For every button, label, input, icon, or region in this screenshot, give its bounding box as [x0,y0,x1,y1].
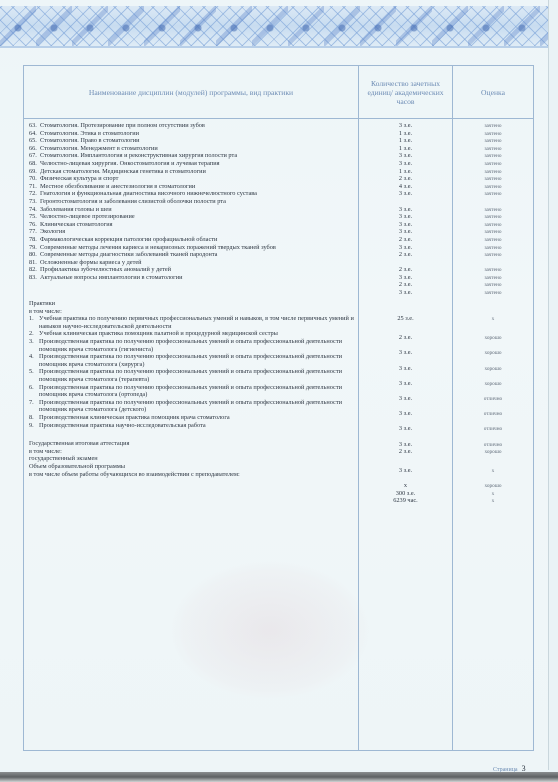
list-item: в том числе: [29,308,354,316]
grade-value: зачтено [484,138,501,144]
item-name: Клиническая стоматология [40,221,354,229]
grade-value: зачтено [484,237,501,243]
item-number: 64. [29,130,40,138]
credits-value: 3 з.е. [399,160,412,167]
item-name: Профилактика зубочелюстных аномалий у де… [40,266,354,274]
item-name: Производственная практика по получению п… [39,384,354,399]
grade-value: х [492,498,495,504]
grade-value: отлично [484,426,502,432]
item-number: 79. [29,244,40,252]
list-item: в том числе: [29,448,354,456]
decorative-guilloche-border [0,6,548,48]
credits-value: 3 з.е. [399,289,412,296]
item-name: Учебная клиническая практика помощник па… [39,330,354,338]
credits-value: 2 з.е. [399,236,412,243]
credits-value: 3 з.е. [399,221,412,228]
credits-value: 2 з.е. [399,281,412,288]
grade-value: отлично [484,396,502,402]
credits-value: 300 з.е. [396,490,415,497]
grade-value: зачтено [484,282,501,288]
list-item: 4.Производственная практика по получению… [29,353,354,368]
item-name: Государственная итоговая аттестация [29,440,354,448]
item-name: Местное обезболивание и анестезиология в… [40,183,354,191]
list-item: 77.Экология [29,228,354,236]
credits-value: 3 з.е. [399,206,412,213]
list-item: 64.Стоматология. Этика в стоматологии [29,130,354,138]
item-number: 9. [29,422,39,430]
item-number: 66. [29,145,40,153]
grade-value: х [492,468,495,474]
grade-value: зачтено [484,245,501,251]
grade-value: зачтено [484,191,501,197]
item-name: Учебная практика по получению первичных … [39,315,354,330]
scan-edge-shadow [0,772,558,782]
item-number: 77. [29,228,40,236]
grade-value: хорошо [484,350,501,356]
credits-value: 3 з.е. [399,441,412,448]
credits-value: 3 з.е. [399,425,412,432]
list-item: 80.Современные методы диагностики заболе… [29,251,354,259]
grade-value: хорошо [484,449,501,455]
credits-value: 6239 час. [393,497,418,504]
item-name: в том числе: [29,448,354,456]
header-discipline-name: Наименование дисциплин (модулей) програм… [24,66,359,119]
list-item: 7.Производственная практика по получению… [29,399,354,414]
grades-column: зачтенозачтенозачтенозачтенозачтенозачте… [453,119,534,751]
item-name: Стоматология. Менеджмент в стоматологии [40,145,354,153]
list-item: 6.Производственная практика по получению… [29,384,354,399]
item-number: 1. [29,315,39,330]
item-number: 72. [29,190,40,198]
table-body-row: 63.Стоматология. Протезирование при полн… [24,119,534,751]
item-number: 76. [29,221,40,229]
grade-value: зачтено [484,184,501,190]
item-number: 3. [29,338,39,353]
item-number: 80. [29,251,40,259]
item-name: Практики [29,300,354,308]
list-item: 79.Современные методы лечения кариеса и … [29,244,354,252]
item-number: 74. [29,206,40,214]
credits-value: 3 з.е. [399,190,412,197]
item-number: 2. [29,330,39,338]
list-item: 8.Производственная клиническая практика … [29,414,354,422]
list-item: 72.Гнатология и функциональная диагности… [29,190,354,198]
list-item: в том числе объем работы обучающихся во … [29,471,354,479]
credits-value: 3 з.е. [399,467,412,474]
item-number: 82. [29,266,40,274]
diploma-supplement-page: Наименование дисциплин (модулей) програм… [0,0,549,770]
item-name: Современные методы лечения кариеса и нек… [40,244,354,252]
item-name: в том числе объем работы обучающихся во … [29,471,354,479]
header-credits: Количество зачетных единиц/ академически… [359,66,453,119]
item-name: в том числе: [29,308,354,316]
grade-value: х [492,316,495,322]
item-name: Производственная практика по получению п… [39,399,354,414]
item-number: 71. [29,183,40,191]
list-item: 5.Производственная практика по получению… [29,368,354,383]
list-item: 83.Актуальные вопросы имплантологии в ст… [29,274,354,282]
item-name: Производственная практика по получению п… [39,368,354,383]
grade-value: зачтено [484,214,501,220]
grade-value: зачтено [484,161,501,167]
credits-value: 4 з.е. [399,183,412,190]
disciplines-table: Наименование дисциплин (модулей) програм… [23,65,534,751]
list-item: 9.Производственная практика научно-иссле… [29,422,354,430]
grade-value: зачтено [484,222,501,228]
item-number: 5. [29,368,39,383]
list-item: 82.Профилактика зубочелюстных аномалий у… [29,266,354,274]
grade-value: зачтено [484,176,501,182]
item-name: Осложненные формы кариеса у детей [40,259,354,267]
grade-value: зачтено [484,267,501,273]
credits-value: 2 з.е. [399,175,412,182]
item-number: 70. [29,175,40,183]
item-number: 81. [29,259,40,267]
grade-value: зачтено [484,169,501,175]
credits-value: х [404,482,407,489]
item-number: 4. [29,353,39,368]
grade-value: зачтено [484,153,501,159]
grade-value: отлично [484,442,502,448]
list-item: 78.Фармакологическая коррекция патологии… [29,236,354,244]
credits-value: 3 з.е. [399,213,412,220]
item-name: Экология [40,228,354,236]
list-item: 68.Челюстно-лицевая хирургия. Онкостомат… [29,160,354,168]
credits-value: 2 з.е. [399,448,412,455]
list-item: Объем образовательной программы [29,463,354,471]
grade-value: зачтено [484,275,501,281]
credits-value: 1 з.е. [399,168,412,175]
grade-value: зачтено [484,252,501,258]
credits-value: 3 з.е. [399,122,412,129]
item-number: 68. [29,160,40,168]
item-number: 78. [29,236,40,244]
item-name: Производственная практика по получению п… [39,353,354,368]
item-name: Современные методы диагностики заболеван… [40,251,354,259]
diamond-pattern [0,6,548,46]
list-item: 71.Местное обезболивание и анестезиологи… [29,183,354,191]
item-name: Стоматология. Имплантология и реконструк… [40,152,354,160]
list-item: 76.Клиническая стоматология [29,221,354,229]
item-name: Фармакологическая коррекция патологии ор… [40,236,354,244]
item-name: Производственная практика по получению п… [39,338,354,353]
item-name: Производственная практика научно-исследо… [39,422,354,430]
credits-value: 3 з.е. [399,228,412,235]
list-item: 70.Физическая культура и спорт [29,175,354,183]
list-item: 66.Стоматология. Менеджмент в стоматолог… [29,145,354,153]
list-item: 67.Стоматология. Имплантология и реконст… [29,152,354,160]
credits-value: 2 з.е. [399,334,412,341]
list-item: 74.Заболевания головы и шеи [29,206,354,214]
credits-value: 3 з.е. [399,274,412,281]
credits-value: 2 з.е. [399,251,412,258]
credits-value: 3 з.е. [399,349,412,356]
item-name: Стоматология. Протезирование при полном … [40,122,354,130]
item-number: 63. [29,122,40,130]
credits-value: 1 з.е. [399,130,412,137]
grade-value: зачтено [484,131,501,137]
item-number: 7. [29,399,39,414]
item-number: 75. [29,213,40,221]
list-item: 2.Учебная клиническая практика помощник … [29,330,354,338]
grade-value: зачтено [484,229,501,235]
item-number: 6. [29,384,39,399]
item-number: 69. [29,168,40,176]
list-item: Практики [29,300,354,308]
item-number: 67. [29,152,40,160]
item-name: Детская стоматология. Медицинская генети… [40,168,354,176]
item-name: Производственная клиническая практика по… [39,414,354,422]
grade-value: зачтено [484,146,501,152]
grade-value: хорошо [484,483,501,489]
list-item: 69.Детская стоматология. Медицинская ген… [29,168,354,176]
item-name: государственный экзамен [29,455,354,463]
list-item: 63.Стоматология. Протезирование при полн… [29,122,354,130]
list-item: 73.Геронтостоматология и заболевания сли… [29,198,354,206]
credits-value: 3 з.е. [399,365,412,372]
item-name: Заболевания головы и шеи [40,206,354,214]
list-item: 75.Челюстно-лицевое протезирование [29,213,354,221]
credits-value: 1 з.е. [399,137,412,144]
item-name: Актуальные вопросы имплантологии в стома… [40,274,354,282]
list-item: государственный экзамен [29,455,354,463]
item-name: Стоматология. Этика в стоматологии [40,130,354,138]
grade-value: зачтено [484,290,501,296]
table-header-row: Наименование дисциплин (модулей) програм… [24,66,534,119]
header-grade: Оценка [453,66,534,119]
item-name: Объем образовательной программы [29,463,354,471]
item-number: 83. [29,274,40,282]
credits-value: 3 з.е. [399,395,412,402]
grade-value: хорошо [484,335,501,341]
list-item: 81.Осложненные формы кариеса у детей [29,259,354,267]
item-number: 73. [29,198,40,206]
item-name: Челюстно-лицевое протезирование [40,213,354,221]
grade-value: зачтено [484,207,501,213]
grade-value: хорошо [484,381,501,387]
credits-value: 3 з.е. [399,410,412,417]
item-name: Гнатология и функциональная диагностика … [40,190,354,198]
list-item: 1.Учебная практика по получению первичны… [29,315,354,330]
credits-value: 3 з.е. [399,244,412,251]
credits-value: 2 з.е. [399,266,412,273]
credits-value: 3 з.е. [399,152,412,159]
item-number: 8. [29,414,39,422]
item-name: Физическая культура и спорт [40,175,354,183]
list-item: Государственная итоговая аттестация [29,440,354,448]
credits-column: 3 з.е.1 з.е.1 з.е.1 з.е.3 з.е.3 з.е.1 з.… [359,119,453,751]
item-name: Геронтостоматология и заболевания слизис… [40,198,354,206]
grade-value: зачтено [484,123,501,129]
item-name: Стоматология. Право в стоматологии [40,137,354,145]
grade-value: х [492,491,495,497]
grade-value: хорошо [484,366,501,372]
names-column: 63.Стоматология. Протезирование при полн… [24,119,359,751]
credits-value: 25 з.е. [397,315,413,322]
item-name: Челюстно-лицевая хирургия. Онкостоматоло… [40,160,354,168]
credits-value: 1 з.е. [399,145,412,152]
grade-value: отлично [484,411,502,417]
list-item: 65.Стоматология. Право в стоматологии [29,137,354,145]
item-number: 65. [29,137,40,145]
credits-value: 3 з.е. [399,380,412,387]
list-item: 3.Производственная практика по получению… [29,338,354,353]
